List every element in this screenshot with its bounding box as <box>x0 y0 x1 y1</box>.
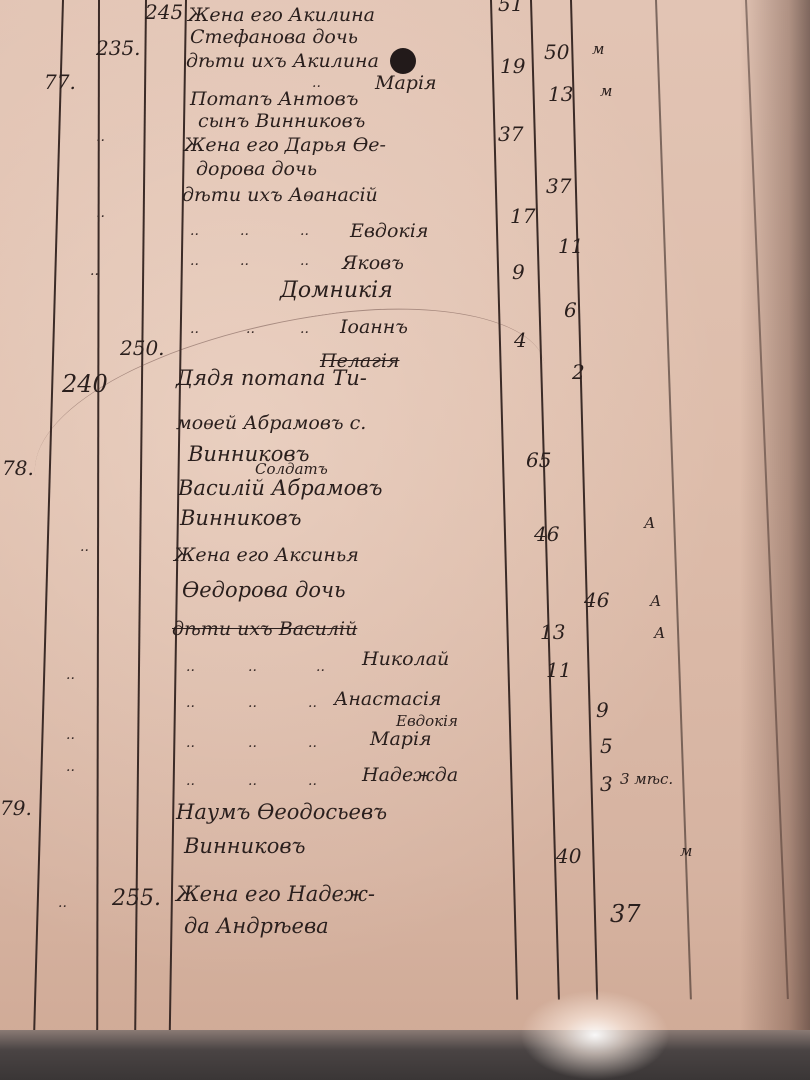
ditto-mark: .. <box>308 774 317 788</box>
entry-text: Яковъ <box>342 254 404 273</box>
entry-text: Жена его Надеж- <box>176 884 375 905</box>
interlinear-text: Солдатъ <box>255 462 328 477</box>
female-age: 9 <box>596 700 609 720</box>
ditto-mark: .. <box>66 760 75 774</box>
ditto-mark: .. <box>190 254 199 268</box>
ditto-mark: .. <box>248 660 257 674</box>
household-number: 79. <box>0 798 32 818</box>
ditto-mark: .. <box>190 322 199 336</box>
female-register-number: 245 <box>145 2 183 22</box>
note-mark: А <box>644 516 655 531</box>
female-age: 5 <box>600 736 613 756</box>
entry-text: моѳей Абрамовъ с. <box>176 414 366 433</box>
note-mark: А <box>654 626 665 641</box>
entry-text: да Андрѣева <box>184 916 329 937</box>
entry-text: Николай <box>362 650 449 669</box>
female-age: 2 <box>572 362 585 382</box>
entry-text: Жена его Акилина <box>188 6 375 25</box>
female-register-number: 255. <box>112 888 161 910</box>
entry-text: Анастасія <box>334 690 442 709</box>
note-mark: м <box>680 844 692 859</box>
male-register-number: 240 <box>62 372 108 396</box>
ink-stain <box>390 48 416 74</box>
entry-text: Винниковъ <box>180 508 302 529</box>
entry-text: Жена его Дарья Ѳе- <box>184 136 386 155</box>
ditto-mark: .. <box>300 322 309 336</box>
note-mark: м <box>592 42 604 57</box>
ditto-mark: .. <box>186 774 195 788</box>
note-mark: м <box>600 84 612 99</box>
column-rule <box>490 0 518 1000</box>
column-rule <box>530 0 559 1000</box>
female-age: 37 <box>546 176 571 196</box>
entry-text: дѣти ихъ Акилина <box>186 52 379 71</box>
ditto-mark: .. <box>66 668 75 682</box>
male-age: 19 <box>500 56 525 76</box>
entry-text: Іоаннъ <box>340 318 408 337</box>
entry-text: дѣти ихъ Аѳанасій <box>182 186 378 205</box>
female-age: 6 <box>564 300 577 320</box>
male-age: 4 <box>514 330 527 350</box>
entry-text: Наумъ Ѳеодосьевъ <box>176 802 387 823</box>
female-age: 11 <box>558 236 583 256</box>
ditto-mark: .. <box>66 728 75 742</box>
female-age: 37 <box>610 902 641 926</box>
ditto-mark: .. <box>248 696 257 710</box>
male-register-number: 235. <box>96 38 141 58</box>
note-mark: А <box>650 594 661 609</box>
household-number: 78. <box>2 458 34 478</box>
household-number: 77. <box>44 72 76 92</box>
ditto-mark: .. <box>96 206 105 220</box>
entry-text: Марія <box>375 74 437 93</box>
entry-text: Потапъ Антовъ <box>190 90 358 109</box>
entry-text: Жена его Аксинья <box>174 546 359 565</box>
ditto-mark: .. <box>96 130 105 144</box>
entry-text: Домникія <box>280 280 393 302</box>
ditto-mark: .. <box>308 736 317 750</box>
male-age: 17 <box>510 206 535 226</box>
male-age: 65 <box>526 450 551 470</box>
note-mark: 3 мѣс. <box>620 772 673 787</box>
binding-strip <box>0 1030 810 1080</box>
entry-text: сынъ Винниковъ <box>198 112 365 131</box>
male-age: 9 <box>512 262 525 282</box>
ditto-mark: .. <box>300 224 309 238</box>
ditto-mark: .. <box>186 736 195 750</box>
ditto-mark: .. <box>80 540 89 554</box>
ditto-mark: .. <box>186 696 195 710</box>
ditto-mark: .. <box>248 774 257 788</box>
entry-text-struck: дѣти ихъ Василій <box>172 620 357 639</box>
male-age: 40 <box>556 846 581 866</box>
interlinear-text: Евдокія <box>396 714 458 729</box>
ditto-mark: .. <box>190 224 199 238</box>
entry-text: Надежда <box>362 766 458 785</box>
ditto-mark: .. <box>248 736 257 750</box>
age-fragment: 51 <box>498 0 523 14</box>
female-age: 50 <box>544 42 569 62</box>
female-register-number: 250. <box>120 338 165 358</box>
entry-text: Дядя потапа Ти- <box>176 368 367 389</box>
ditto-mark: .. <box>240 224 249 238</box>
ditto-mark: .. <box>240 254 249 268</box>
ditto-mark: .. <box>316 660 325 674</box>
male-age: 37 <box>498 124 523 144</box>
female-age: 13 <box>548 84 573 104</box>
light-glare <box>520 990 670 1080</box>
entry-text: Ѳедорова дочь <box>182 580 346 601</box>
entry-text: Евдокія <box>350 222 428 241</box>
ditto-mark: .. <box>246 322 255 336</box>
entry-text: дорова дочь <box>196 160 317 179</box>
entry-text: Стефанова дочь <box>190 28 358 47</box>
entry-text: Винниковъ <box>184 836 306 857</box>
ditto-mark: .. <box>300 254 309 268</box>
entry-text: Марія <box>370 730 432 749</box>
entry-text: Василій Абрамовъ <box>178 478 382 499</box>
male-age: 13 <box>540 622 565 642</box>
ditto-mark: .. <box>90 264 99 278</box>
ditto-mark: .. <box>58 896 67 910</box>
ditto-mark: .. <box>308 696 317 710</box>
page-edge-shadow <box>740 0 810 1080</box>
female-age: 3 <box>600 774 613 794</box>
ditto-mark: .. <box>186 660 195 674</box>
male-age: 46 <box>534 524 559 544</box>
document-page: 77. 78. 79. 235. 240 245 250. 255. 51 Же… <box>0 0 810 1080</box>
female-age: 46 <box>584 590 609 610</box>
male-age: 11 <box>546 660 571 680</box>
